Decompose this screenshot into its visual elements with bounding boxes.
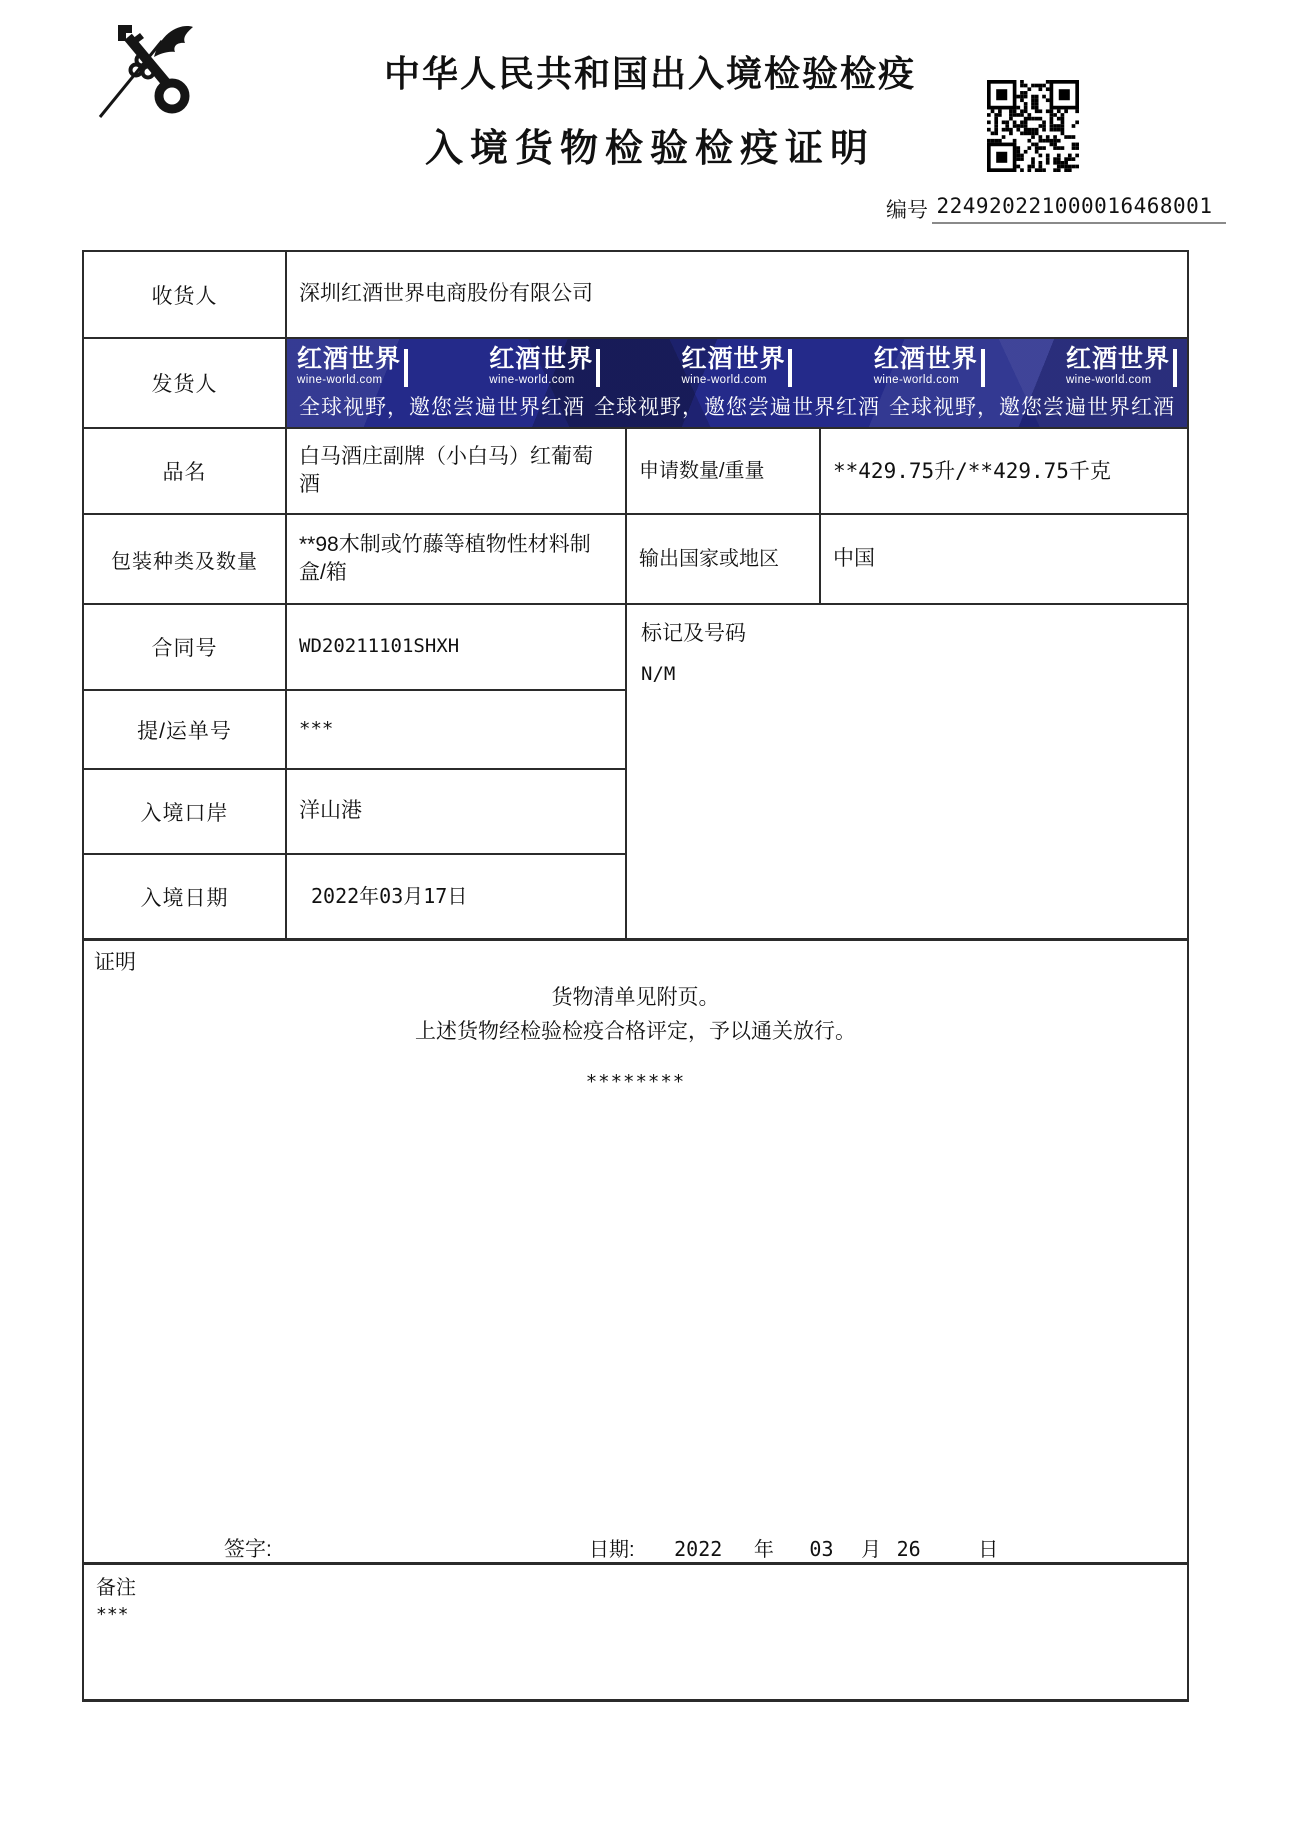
date-month-unit: 月 (861, 1533, 881, 1562)
title-line2: 入境货物检验检疫证明 (320, 117, 980, 172)
wine-world-slogan: 全球视野，邀您尝遍世界红酒 (594, 391, 880, 421)
wine-world-logo-domain: wine-world.com (681, 374, 785, 386)
contract-number-value: WD20211101SHXH (287, 605, 627, 691)
remarks-cell: 备注 *** (84, 1564, 1187, 1699)
wine-world-logo-bar (1173, 349, 1177, 387)
entry-date-value: 2022年03月17日 (287, 855, 627, 940)
banner-logo-row: 红酒世界wine-world.com红酒世界wine-world.com红酒世界… (297, 347, 1177, 387)
banner-slogan-row: 全球视野，邀您尝遍世界红酒全球视野，邀您尝遍世界红酒全球视野，邀您尝遍世界红酒 (297, 391, 1177, 422)
certificate-date-row: 日期: 2022 年 03 月 26 日 (589, 1533, 998, 1562)
qr-code-icon (987, 80, 1079, 172)
certificate-statement-cell: 证明 货物清单见附页。 上述货物经检验检疫合格评定，予以通关放行。 ******… (84, 940, 1187, 1564)
title-line1: 中华人民共和国出入境检验检疫 (320, 46, 980, 97)
wine-world-logo-domain: wine-world.com (489, 374, 593, 386)
wine-world-logo-bar (788, 349, 792, 387)
consignor-banner-cell: 红酒世界wine-world.com红酒世界wine-world.com红酒世界… (287, 339, 1187, 429)
serial-line: 编号 224920221000016468001 (886, 194, 1226, 224)
export-country-value: 中国 (821, 515, 1187, 605)
entry-date-label: 入境日期 (84, 855, 287, 940)
bill-number-label: 提/运单号 (84, 691, 287, 770)
remarks-value: *** (96, 1604, 1175, 1625)
consignee-label: 收货人 (84, 252, 287, 339)
packaging-label: 包装种类及数量 (84, 515, 287, 605)
document-titles: 中华人民共和国出入境检验检疫 入境货物检验检疫证明 (320, 46, 980, 172)
wine-world-logo-text: 红酒世界 (681, 347, 785, 372)
consignor-label: 发货人 (84, 339, 287, 429)
wine-world-logo-bar (404, 349, 408, 387)
quantity-label: 申请数量/重量 (627, 429, 821, 515)
date-month: 03 (809, 1537, 833, 1561)
wine-world-logo: 红酒世界wine-world.com (489, 347, 600, 387)
wine-world-ad-banner: 红酒世界wine-world.com红酒世界wine-world.com红酒世界… (287, 339, 1187, 427)
wine-world-slogan: 全球视野，邀您尝遍世界红酒 (299, 391, 585, 421)
date-year-unit: 年 (754, 1533, 774, 1562)
product-name-value: 白马酒庄副牌（小白马）红葡萄酒 (287, 429, 627, 515)
wine-world-logo-text: 红酒世界 (489, 347, 593, 372)
entry-port-value: 洋山港 (287, 770, 627, 855)
ciq-key-wing-emblem-icon (92, 22, 202, 124)
serial-number: 224920221000016468001 (932, 194, 1226, 224)
wine-world-logo-domain: wine-world.com (297, 374, 401, 386)
certificate-label: 证明 (94, 946, 136, 976)
marks-label: 标记及号码 (641, 617, 1173, 647)
wine-world-logo: 红酒世界wine-world.com (681, 347, 792, 387)
product-name-label: 品名 (84, 429, 287, 515)
export-country-label: 输出国家或地区 (627, 515, 821, 605)
marks-and-numbers-cell: 标记及号码 N/M (627, 605, 1187, 940)
signature-label: 签字: (224, 1533, 272, 1563)
marks-value: N/M (641, 663, 1173, 685)
wine-world-logo: 红酒世界wine-world.com (1066, 347, 1177, 387)
consignee-value: 深圳红酒世界电商股份有限公司 (287, 252, 1187, 339)
quantity-value: **429.75升/**429.75千克 (821, 429, 1187, 515)
remarks-label: 备注 (96, 1571, 1175, 1600)
wine-world-logo-text: 红酒世界 (1066, 347, 1170, 372)
certificate-line1: 货物清单见附页。 (84, 981, 1187, 1011)
date-day: 26 (897, 1537, 921, 1561)
wine-world-logo-domain: wine-world.com (874, 374, 978, 386)
certificate-table: 收货人 深圳红酒世界电商股份有限公司 发货人 红酒世界wine-world.co… (82, 250, 1189, 1702)
entry-port-label: 入境口岸 (84, 770, 287, 855)
contract-number-label: 合同号 (84, 605, 287, 691)
wine-world-logo-text: 红酒世界 (874, 347, 978, 372)
bill-number-value: *** (287, 691, 627, 770)
date-year: 2022 (674, 1537, 722, 1561)
packaging-value: **98木制或竹藤等植物性材料制盒/箱 (287, 515, 627, 605)
serial-label: 编号 (886, 199, 928, 222)
wine-world-logo-text: 红酒世界 (297, 347, 401, 372)
wine-world-logo-bar (596, 349, 600, 387)
wine-world-slogan: 全球视野，邀您尝遍世界红酒 (889, 391, 1175, 421)
certificate-stars: ******** (84, 1071, 1187, 1093)
certificate-page: 中华人民共和国出入境检验检疫 入境货物检验检疫证明 编号 22492022100… (0, 0, 1292, 1827)
date-day-unit: 日 (978, 1533, 998, 1562)
certificate-line2: 上述货物经检验检疫合格评定，予以通关放行。 (84, 1015, 1187, 1045)
wine-world-logo-bar (981, 349, 985, 387)
wine-world-logo-domain: wine-world.com (1066, 374, 1170, 386)
wine-world-logo: 红酒世界wine-world.com (297, 347, 408, 387)
wine-world-logo: 红酒世界wine-world.com (874, 347, 985, 387)
date-label: 日期: (589, 1533, 635, 1562)
